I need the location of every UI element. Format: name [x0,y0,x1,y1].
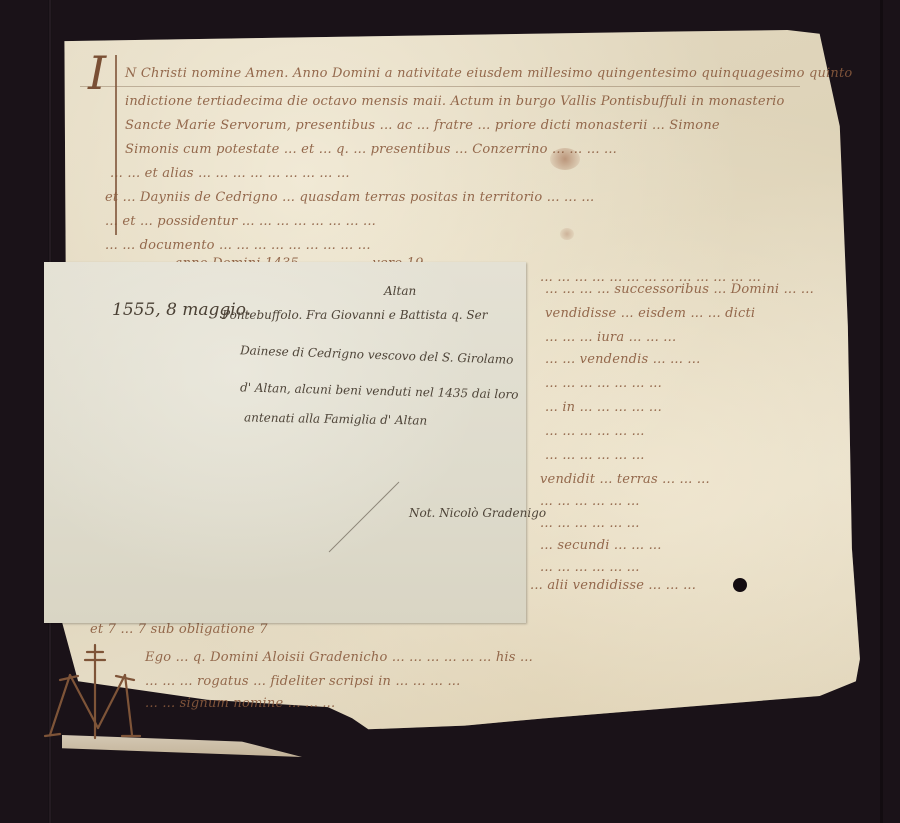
text-line: ... ... documento ... ... ... ... ... ..… [105,238,371,253]
text-line: ... ... ... ... ... ... [540,560,640,575]
text-line: ... ... ... ... ... ... [540,494,640,509]
label-annotation: Altan [384,284,416,298]
text-line: ... ... ... iura ... ... ... [545,330,676,345]
text-line: ... ... ... ... ... ... ... [545,376,662,391]
text-line: Simonis cum potestate ... et ... q. ... … [125,142,617,157]
text-line: indictione tertiadecima die octavo mensi… [125,94,785,109]
label-line: d' Altan, alcuni beni venduti nel 1435 d… [240,380,519,401]
ruled-line [80,86,800,87]
text-line: N Christi nomine Amen. Anno Domini a nat… [125,66,852,81]
label-line: Pontebuffolo. Fra Giovanni e Battista q.… [222,308,488,322]
text-line: ... alii vendidisse ... ... ... [530,578,696,593]
text-line: ... ... et alias ... ... ... ... ... ...… [110,166,350,181]
label-line: antenati alla Famiglia d' Altan [244,410,427,427]
text-line: ... ... ... ... successoribus ... Domini… [545,282,814,297]
text-line: ... et ... possidentur ... ... ... ... .… [105,214,376,229]
text-line: et ... Dayniis de Cedrigno ... quasdam t… [105,190,594,205]
notary-signum-icon [40,640,150,740]
text-line: ... ... ... ... ... ... [545,424,645,439]
ink-stain [560,228,574,240]
archival-label: 1555, 8 maggio. Altan Pontebuffolo. Fra … [44,262,526,623]
text-line: Sancte Marie Servorum, presentibus ... a… [125,118,720,133]
text-line: ... ... vendendis ... ... ... [545,352,700,367]
text-line: ... ... signum nomine ... ... ... [145,696,335,711]
text-line: ... ... ... ... ... ... [540,516,640,531]
text-line: ... ... ... ... ... ... [545,448,645,463]
label-signature: Not. Nicolò Gradenigo [409,506,546,520]
label-line: Dainese di Cedrigno vescovo del S. Girol… [240,343,514,367]
text-line: ... in ... ... ... ... ... [545,400,662,415]
text-line: vendidisse ... eisdem ... ... dicti [545,306,755,321]
text-line: vendidit ... terras ... ... ... [540,472,710,487]
text-line: et 7 ... 7 sub obligatione 7 [90,622,268,637]
signature-flourish-icon [324,477,404,557]
text-line: ... ... ... rogatus ... fideliter scrips… [145,674,460,689]
parchment-hole [733,578,747,592]
decorated-initial: I [88,50,106,96]
text-line: Ego ... q. Domini Aloisii Gradenicho ...… [145,650,533,665]
text-line: ... secundi ... ... ... [540,538,662,553]
initial-stem [115,55,117,235]
backdrop-seam-right [880,0,883,823]
